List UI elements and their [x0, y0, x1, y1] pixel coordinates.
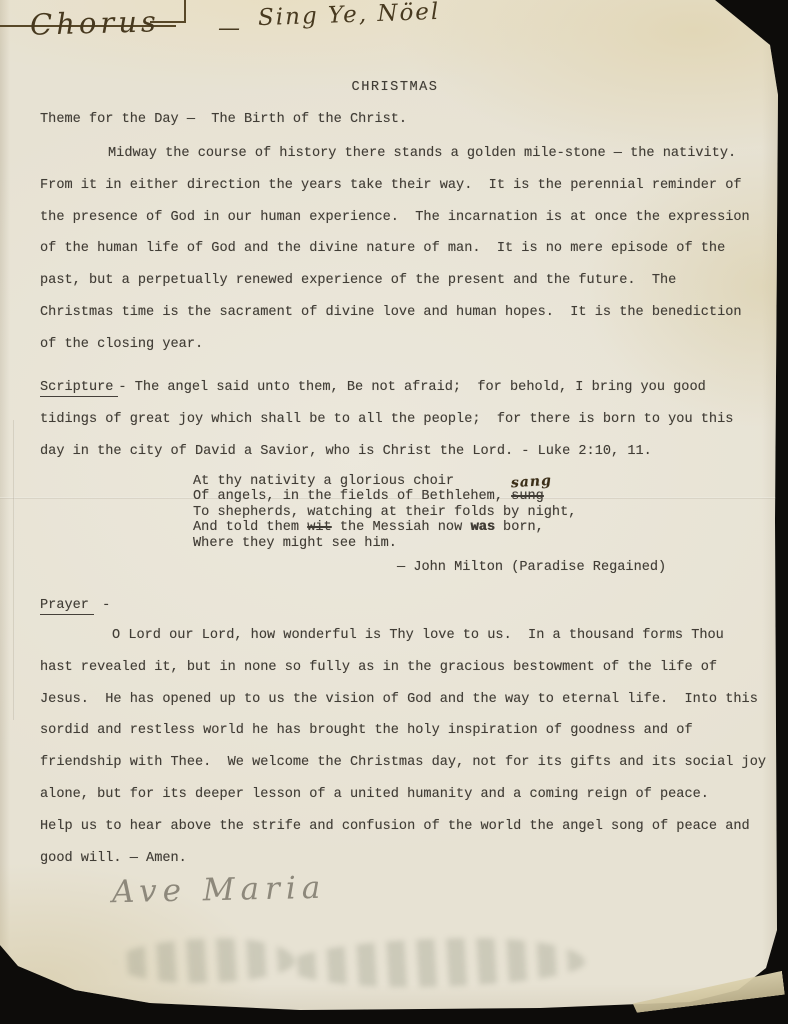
overtyped-word-was: was: [470, 520, 494, 535]
prayer-line: O Lord our Lord, how wonderful is Thy lo…: [40, 620, 766, 652]
poem-line: To shepherds, watching at their folds by…: [193, 505, 576, 520]
paragraph-line: past, but a perpetually renewed experien…: [40, 265, 750, 297]
ink-bracket-vertical: [184, 0, 186, 22]
paragraph-line: From it in either direction the years ta…: [40, 170, 750, 202]
scripture-line: Scripture- The angel said unto them, Be …: [40, 372, 733, 404]
paragraph-line: Midway the course of history there stand…: [40, 138, 750, 170]
theme-line: Theme for the Day — The Birth of the Chr…: [40, 104, 407, 136]
prayer-line: friendship with Thee. We welcome the Chr…: [40, 747, 766, 779]
scripture-line: day in the city of David a Savior, who i…: [40, 436, 733, 468]
paragraph-line: the presence of God in our human experie…: [40, 202, 750, 234]
handwritten-sang-correction: sang: [511, 474, 553, 492]
bleed-through-stamp: [114, 929, 585, 1003]
poem-line: Of angels, in the fields of Bethlehem, s…: [193, 489, 576, 504]
document-page: Chorus — Sing Ye, Nöel CHRISTMAS Theme f…: [0, 0, 788, 1024]
struck-word-wit: wit: [307, 520, 331, 535]
paragraph-line: Christmas time is the sacrament of divin…: [40, 297, 750, 329]
page-title: CHRISTMAS: [40, 80, 750, 95]
prayer-line: good will. — Amen.: [40, 843, 766, 875]
poem-line: And told them wit the Messiah now was bo…: [193, 520, 576, 535]
paragraph-line: of the closing year.: [40, 329, 750, 361]
paragraph-line: of the human life of God and the divine …: [40, 233, 750, 265]
scripture-line: tidings of great joy which shall be to a…: [40, 404, 733, 436]
poem-text: And told them: [193, 520, 307, 535]
handwritten-chorus-word: Chorus: [30, 4, 161, 41]
prayer-separator: -: [94, 598, 110, 613]
prayer-section: O Lord our Lord, how wonderful is Thy lo…: [40, 620, 766, 874]
scripture-text: The angel said unto them, Be not afraid;…: [135, 380, 706, 395]
scripture-separator: -: [118, 380, 134, 395]
handwritten-dash: —: [218, 16, 240, 41]
poem-text: sung: [511, 489, 544, 504]
poem-text: born,: [495, 520, 544, 535]
milton-poem: At thy nativity a glorious choir Of ange…: [193, 474, 576, 551]
prayer-line: sordid and restless world he has brought…: [40, 715, 766, 747]
left-edge-crease: [13, 420, 15, 720]
intro-paragraph: Midway the course of history there stand…: [40, 138, 750, 361]
poem-text: Of angels, in the fields of Bethlehem,: [193, 489, 511, 504]
prayer-line: alone, but for its deeper lesson of a un…: [40, 779, 766, 811]
poem-attribution: — John Milton (Paradise Regained): [397, 552, 666, 584]
prayer-heading: Prayer -: [40, 590, 110, 622]
struck-word-sung: sungsang: [511, 489, 544, 504]
prayer-line: hast revealed it, but in none so fully a…: [40, 652, 766, 684]
prayer-line: Help us to hear above the strife and con…: [40, 811, 766, 843]
scripture-label: Scripture: [40, 380, 118, 397]
handwritten-ave-maria: Ave Maria: [112, 870, 327, 910]
prayer-label: Prayer: [40, 598, 94, 615]
scripture-section: Scripture- The angel said unto them, Be …: [40, 372, 733, 467]
photo-backdrop: Chorus — Sing Ye, Nöel CHRISTMAS Theme f…: [0, 0, 788, 1024]
poem-text: the Messiah now: [332, 520, 471, 535]
prayer-line: Jesus. He has opened up to us the vision…: [40, 684, 766, 716]
handwritten-sing-ye-noel: Sing Ye, Nöel: [258, 0, 441, 31]
poem-line: Where they might see him.: [193, 536, 576, 551]
